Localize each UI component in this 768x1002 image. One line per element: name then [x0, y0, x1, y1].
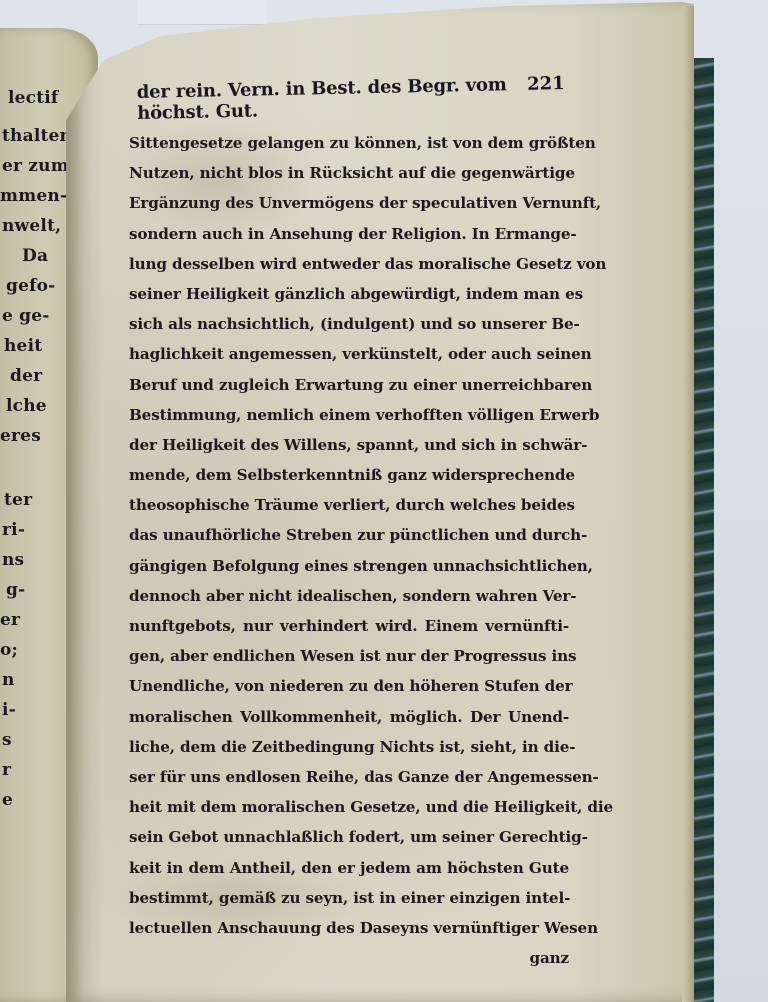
left-page-text-fragment: o;: [0, 640, 18, 660]
left-page-text-fragment: s: [2, 730, 12, 750]
left-page-text-fragment: heit: [4, 336, 42, 356]
text-line: haglichkeit angemessen, verkünstelt, ode…: [129, 339, 569, 369]
left-page-text-fragment: er: [0, 610, 20, 630]
text-line: moralischen Vollkommenheit, möglich. Der…: [129, 702, 569, 732]
text-line: Ergänzung des Unvermögens der speculativ…: [129, 188, 569, 218]
text-line: mende, dem Selbsterkenntniß ganz widersp…: [129, 460, 569, 490]
left-page-text-fragment: g-: [6, 580, 25, 600]
left-page-text-fragment: thalten: [2, 126, 72, 146]
left-page-text-fragment: nwelt,: [2, 216, 61, 236]
text-line: Beruf und zugleich Erwartung zu einer un…: [129, 370, 569, 400]
text-line: liche, dem die Zeitbedingung Nichts ist,…: [129, 732, 569, 762]
text-line: nunftgebots, nur verhindert wird. Einem …: [129, 611, 569, 641]
page-header: der rein. Vern. in Best. des Begr. vom h…: [137, 73, 566, 124]
left-page-text-fragment: i-: [2, 700, 16, 720]
text-line: das unaufhörliche Streben zur pünctliche…: [129, 520, 569, 550]
paper-slip: [137, 0, 267, 25]
text-line: sich als nachsichtlich, (indulgent) und …: [129, 309, 569, 339]
left-page-text-fragment: n: [2, 670, 15, 690]
marbled-cover-edge: [692, 58, 714, 1002]
left-page-text-fragment: ri-: [2, 520, 25, 540]
left-page-text-fragment: ns: [2, 550, 24, 570]
left-page-text-fragment: er zum: [2, 156, 69, 176]
left-page-text-fragment: e ge-: [2, 306, 50, 326]
text-line: ser für uns endlosen Reihe, das Ganze de…: [129, 762, 569, 792]
page-number: 221: [527, 73, 565, 95]
text-line: Nutzen, nicht blos in Rücksicht auf die …: [129, 158, 569, 188]
text-line: lectuellen Anschauung des Daseyns vernün…: [129, 913, 569, 943]
text-line: theosophische Träume verliert, durch wel…: [129, 490, 569, 520]
left-page-text-fragment: lche: [6, 396, 47, 416]
page-edge: [682, 6, 694, 1002]
text-line: seiner Heiligkeit gänzlich abgewürdigt, …: [129, 279, 569, 309]
text-line: Unendliche, von niederen zu den höheren …: [129, 671, 569, 701]
left-page-text-fragment: der: [10, 366, 42, 386]
text-line: heit mit dem moralischen Gesetze, und di…: [129, 792, 569, 822]
left-page-text-fragment: r: [2, 760, 11, 780]
body-text: Sittengesetze gelangen zu können, ist vo…: [129, 128, 569, 973]
left-page-text-fragment: e: [2, 790, 13, 810]
catchword: ganz: [129, 943, 569, 973]
text-line: bestimmt, gemäß zu seyn, ist in einer ei…: [129, 883, 569, 913]
text-line: lung desselben wird entweder das moralis…: [129, 249, 569, 279]
left-page-text-fragment: Da: [22, 246, 48, 266]
text-line: Bestimmung, nemlich einem verhofften völ…: [129, 400, 569, 430]
text-line: sondern auch in Ansehung der Religion. I…: [129, 219, 569, 249]
text-line: keit in dem Antheil, den er jedem am höc…: [129, 853, 569, 883]
text-line: gängigen Befolgung eines strengen unnach…: [129, 551, 569, 581]
left-page-text-fragment: eres: [0, 426, 41, 446]
text-line: dennoch aber nicht idealischen, sondern …: [129, 581, 569, 611]
left-page-text-fragment: mmen-: [0, 186, 67, 206]
left-page-text-fragment: gefo-: [6, 276, 55, 296]
text-line: gen, aber endlichen Wesen ist nur der Pr…: [129, 641, 569, 671]
text-line: sein Gebot unnachlaßlich fodert, um sein…: [129, 822, 569, 852]
text-line: Sittengesetze gelangen zu können, ist vo…: [129, 128, 569, 158]
text-line: der Heiligkeit des Willens, spannt, und …: [129, 430, 569, 460]
running-head: der rein. Vern. in Best. des Begr. vom h…: [137, 74, 528, 124]
left-page-text-fragment: lectif: [8, 88, 58, 108]
left-page-text-fragment: ter: [4, 490, 32, 510]
